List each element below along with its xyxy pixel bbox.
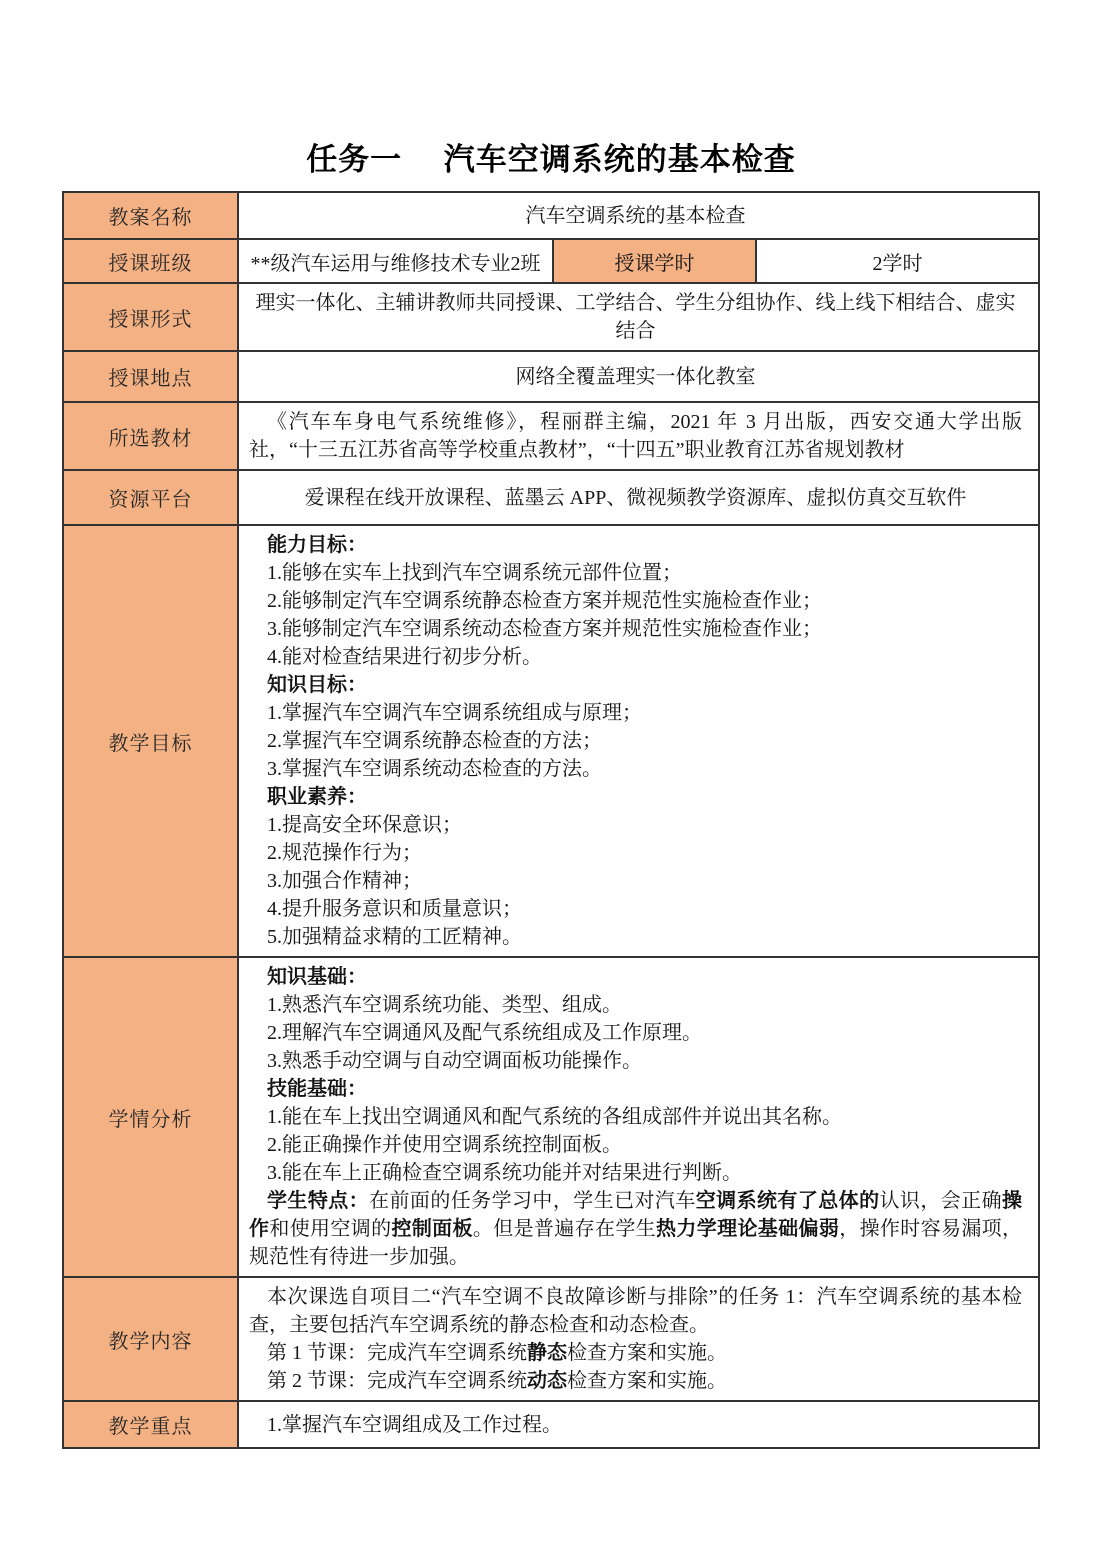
page-title: 任务一 汽车空调系统的基本检查 bbox=[0, 0, 1102, 180]
text-run: 认识，会正确 bbox=[880, 1190, 1003, 1212]
text-run: 1.能在车上找出空调通风和配气系统的各组成部件并说出其名称。 bbox=[267, 1106, 842, 1128]
paragraph: 爱课程在线开放课程、蓝墨云 APP、微视频教学资源库、虚拟仿真交互软件 bbox=[305, 484, 967, 512]
text-run: 检查方案和实施。 bbox=[567, 1370, 727, 1392]
text-run: 3.能在车上正确检查空调系统功能并对结果进行判断。 bbox=[267, 1162, 742, 1184]
text-run: 第 1 节课：完成汽车空调系统 bbox=[267, 1342, 527, 1364]
text-run: 1.掌握汽车空调汽车空调系统组成与原理； bbox=[267, 702, 642, 724]
row-content: 汽车空调系统的基本检查 bbox=[239, 193, 1038, 238]
bold-text-run: 职业素养： bbox=[267, 786, 367, 808]
row-label: 教学内容 bbox=[64, 1278, 239, 1400]
row-label: 资源平台 bbox=[64, 471, 239, 524]
text-run: 爱课程在线开放课程、蓝墨云 APP、微视频教学资源库、虚拟仿真交互软件 bbox=[305, 487, 967, 509]
table-row: 教学内容本次课选自项目二“汽车空调不良故障诊断与排除”的任务 1：汽车空调系统的… bbox=[64, 1276, 1038, 1400]
text-run: 4.提升服务意识和质量意识； bbox=[267, 898, 522, 920]
bold-text-run: 知识目标： bbox=[267, 674, 367, 696]
row-content: 能力目标：1.能够在实车上找到汽车空调系统元部件位置；2.能够制定汽车空调系统静… bbox=[239, 526, 1038, 956]
paragraph: 1.熟悉汽车空调系统功能、类型、组成。 bbox=[249, 991, 1022, 1019]
text-run: 2.能正确操作并使用空调系统控制面板。 bbox=[267, 1134, 622, 1156]
text-run: 1.掌握汽车空调组成及工作过程。 bbox=[267, 1414, 562, 1436]
paragraph: 5.加强精益求精的工匠精神。 bbox=[249, 923, 1022, 951]
paragraph: 1.提高安全环保意识； bbox=[249, 811, 1022, 839]
cell-text: 2学时 bbox=[873, 247, 923, 276]
table-row: 授课班级**级汽车运用与维修技术专业2班授课学时2学时 bbox=[64, 238, 1038, 282]
table-row: 授课形式理实一体化、主辅讲教师共同授课、工学结合、学生分组协作、线上线下相结合、… bbox=[64, 282, 1038, 350]
paragraph: 3.加强合作精神； bbox=[249, 867, 1022, 895]
bold-text-run: 动态 bbox=[527, 1370, 567, 1392]
paragraph: 2.规范操作行为； bbox=[249, 839, 1022, 867]
text-run: 1.提高安全环保意识； bbox=[267, 814, 462, 836]
text-run: 2.理解汽车空调通风及配气系统组成及工作原理。 bbox=[267, 1022, 702, 1044]
paragraph: 1.掌握汽车空调组成及工作过程。 bbox=[249, 1411, 1022, 1439]
table-row: 教案名称汽车空调系统的基本检查 bbox=[64, 193, 1038, 238]
table-row: 资源平台爱课程在线开放课程、蓝墨云 APP、微视频教学资源库、虚拟仿真交互软件 bbox=[64, 469, 1038, 524]
row-label: 教学重点 bbox=[64, 1402, 239, 1447]
row-label: 授课地点 bbox=[64, 352, 239, 401]
text-run: 。但是普遍存在学生 bbox=[473, 1218, 656, 1240]
text-run: 4.能对检查结果进行初步分析。 bbox=[267, 646, 542, 668]
row-label: 授课形式 bbox=[64, 284, 239, 350]
paragraph: 2.掌握汽车空调系统静态检查的方法； bbox=[249, 727, 1022, 755]
paragraph: 知识目标： bbox=[249, 671, 1022, 699]
row-content: 爱课程在线开放课程、蓝墨云 APP、微视频教学资源库、虚拟仿真交互软件 bbox=[239, 471, 1038, 524]
text-run: 2.掌握汽车空调系统静态检查的方法； bbox=[267, 730, 602, 752]
paragraph: 能力目标： bbox=[249, 531, 1022, 559]
table-row: 所选教材《汽车车身电气系统维修》，程丽群主编，2021 年 3 月出版，西安交通… bbox=[64, 401, 1038, 469]
paragraph: 2.能正确操作并使用空调系统控制面板。 bbox=[249, 1131, 1022, 1159]
hours-value-cell: 2学时 bbox=[755, 240, 1038, 282]
paragraph: 1.能在车上找出空调通风和配气系统的各组成部件并说出其名称。 bbox=[249, 1103, 1022, 1131]
text-run: 网络全覆盖理实一体化教室 bbox=[516, 366, 756, 388]
table-row: 学情分析知识基础：1.熟悉汽车空调系统功能、类型、组成。2.理解汽车空调通风及配… bbox=[64, 956, 1038, 1276]
row-label: 所选教材 bbox=[64, 403, 239, 469]
table-row: 教学目标能力目标：1.能够在实车上找到汽车空调系统元部件位置；2.能够制定汽车空… bbox=[64, 524, 1038, 956]
paragraph: 3.掌握汽车空调系统动态检查的方法。 bbox=[249, 755, 1022, 783]
bold-text-run: 静态 bbox=[527, 1342, 567, 1364]
row-content: 知识基础：1.熟悉汽车空调系统功能、类型、组成。2.理解汽车空调通风及配气系统组… bbox=[239, 958, 1038, 1276]
paragraph: 理实一体化、主辅讲教师共同授课、工学结合、学生分组协作、线上线下相结合、虚实结合 bbox=[249, 289, 1022, 345]
paragraph: 网络全覆盖理实一体化教室 bbox=[516, 363, 756, 391]
paragraph: 第 2 节课：完成汽车空调系统动态检查方案和实施。 bbox=[249, 1367, 1022, 1395]
paragraph: 4.能对检查结果进行初步分析。 bbox=[249, 643, 1022, 671]
row-label: 学情分析 bbox=[64, 958, 239, 1276]
row-label: 授课班级 bbox=[64, 240, 239, 282]
bold-text-run: 知识基础： bbox=[267, 966, 367, 988]
cell-text: **级汽车运用与维修技术专业2班 bbox=[251, 247, 541, 276]
bold-text-run: 热力学理论基础偏弱 bbox=[656, 1218, 839, 1240]
paragraph: 3.熟悉手动空调与自动空调面板功能操作。 bbox=[249, 1047, 1022, 1075]
row-content: 《汽车车身电气系统维修》，程丽群主编，2021 年 3 月出版，西安交通大学出版… bbox=[239, 403, 1038, 469]
paragraph: 1.能够在实车上找到汽车空调系统元部件位置； bbox=[249, 559, 1022, 587]
text-run: 2.规范操作行为； bbox=[267, 842, 422, 864]
text-run: 1.能够在实车上找到汽车空调系统元部件位置； bbox=[267, 562, 682, 584]
text-run: 3.掌握汽车空调系统动态检查的方法。 bbox=[267, 758, 602, 780]
paragraph: 知识基础： bbox=[249, 963, 1022, 991]
row-label: 教学目标 bbox=[64, 526, 239, 956]
text-run: 3.能够制定汽车空调系统动态检查方案并规范性实施检查作业； bbox=[267, 618, 822, 640]
paragraph: 2.理解汽车空调通风及配气系统组成及工作原理。 bbox=[249, 1019, 1022, 1047]
paragraph: 本次课选自项目二“汽车空调不良故障诊断与排除”的任务 1：汽车空调系统的基本检查… bbox=[249, 1283, 1022, 1339]
paragraph: 4.提升服务意识和质量意识； bbox=[249, 895, 1022, 923]
class-name-cell: **级汽车运用与维修技术专业2班 bbox=[239, 240, 552, 282]
text-run: 和使用空调的 bbox=[269, 1218, 391, 1240]
bold-text-run: 能力目标： bbox=[267, 534, 367, 556]
text-run: 3.加强合作精神； bbox=[267, 870, 422, 892]
paragraph: 技能基础： bbox=[249, 1075, 1022, 1103]
paragraph: 3.能在车上正确检查空调系统功能并对结果进行判断。 bbox=[249, 1159, 1022, 1187]
lesson-plan-table: 教案名称汽车空调系统的基本检查授课班级**级汽车运用与维修技术专业2班授课学时2… bbox=[62, 191, 1040, 1449]
cell-text: 授课学时 bbox=[615, 247, 695, 276]
paragraph: 汽车空调系统的基本检查 bbox=[526, 202, 746, 230]
text-run: 本次课选自项目二“汽车空调不良故障诊断与排除”的任务 1：汽车空调系统的基本检查… bbox=[249, 1286, 1022, 1336]
row-content: 本次课选自项目二“汽车空调不良故障诊断与排除”的任务 1：汽车空调系统的基本检查… bbox=[239, 1278, 1038, 1400]
text-run: 理实一体化、主辅讲教师共同授课、工学结合、学生分组协作、线上线下相结合、虚实结合 bbox=[256, 292, 1016, 342]
text-run: 5.加强精益求精的工匠精神。 bbox=[267, 926, 522, 948]
bold-text-run: 控制面板 bbox=[391, 1218, 472, 1240]
text-run: 《汽车车身电气系统维修》，程丽群主编，2021 年 3 月出版，西安交通大学出版… bbox=[249, 411, 1022, 461]
paragraph: 第 1 节课：完成汽车空调系统静态检查方案和实施。 bbox=[249, 1339, 1022, 1367]
table-row: 教学重点1.掌握汽车空调组成及工作过程。 bbox=[64, 1400, 1038, 1447]
text-run: 汽车空调系统的基本检查 bbox=[526, 205, 746, 227]
paragraph: 职业素养： bbox=[249, 783, 1022, 811]
paragraph: 学生特点：在前面的任务学习中，学生已对汽车空调系统有了总体的认识，会正确操作和使… bbox=[249, 1187, 1022, 1271]
paragraph: 《汽车车身电气系统维修》，程丽群主编，2021 年 3 月出版，西安交通大学出版… bbox=[249, 408, 1022, 464]
paragraph: 2.能够制定汽车空调系统静态检查方案并规范性实施检查作业； bbox=[249, 587, 1022, 615]
text-run: 3.熟悉手动空调与自动空调面板功能操作。 bbox=[267, 1050, 642, 1072]
bold-text-run: 空调系统有了总体的 bbox=[696, 1190, 880, 1212]
text-run: 在前面的任务学习中，学生已对汽车 bbox=[369, 1190, 696, 1212]
text-run: 1.熟悉汽车空调系统功能、类型、组成。 bbox=[267, 994, 622, 1016]
table-row: 授课地点网络全覆盖理实一体化教室 bbox=[64, 350, 1038, 401]
text-run: 2.能够制定汽车空调系统静态检查方案并规范性实施检查作业； bbox=[267, 590, 822, 612]
row-content: 1.掌握汽车空调组成及工作过程。 bbox=[239, 1402, 1038, 1447]
text-run: 检查方案和实施。 bbox=[567, 1342, 727, 1364]
row-content: 网络全覆盖理实一体化教室 bbox=[239, 352, 1038, 401]
bold-text-run: 学生特点： bbox=[267, 1190, 369, 1212]
lesson-plan-document: 任务一 汽车空调系统的基本检查 教案名称汽车空调系统的基本检查授课班级**级汽车… bbox=[0, 0, 1102, 1449]
paragraph: 3.能够制定汽车空调系统动态检查方案并规范性实施检查作业； bbox=[249, 615, 1022, 643]
paragraph: 1.掌握汽车空调汽车空调系统组成与原理； bbox=[249, 699, 1022, 727]
row-content: 理实一体化、主辅讲教师共同授课、工学结合、学生分组协作、线上线下相结合、虚实结合 bbox=[239, 284, 1038, 350]
text-run: 第 2 节课：完成汽车空调系统 bbox=[267, 1370, 527, 1392]
hours-label-cell: 授课学时 bbox=[552, 240, 755, 282]
row-label: 教案名称 bbox=[64, 193, 239, 238]
bold-text-run: 技能基础： bbox=[267, 1078, 367, 1100]
